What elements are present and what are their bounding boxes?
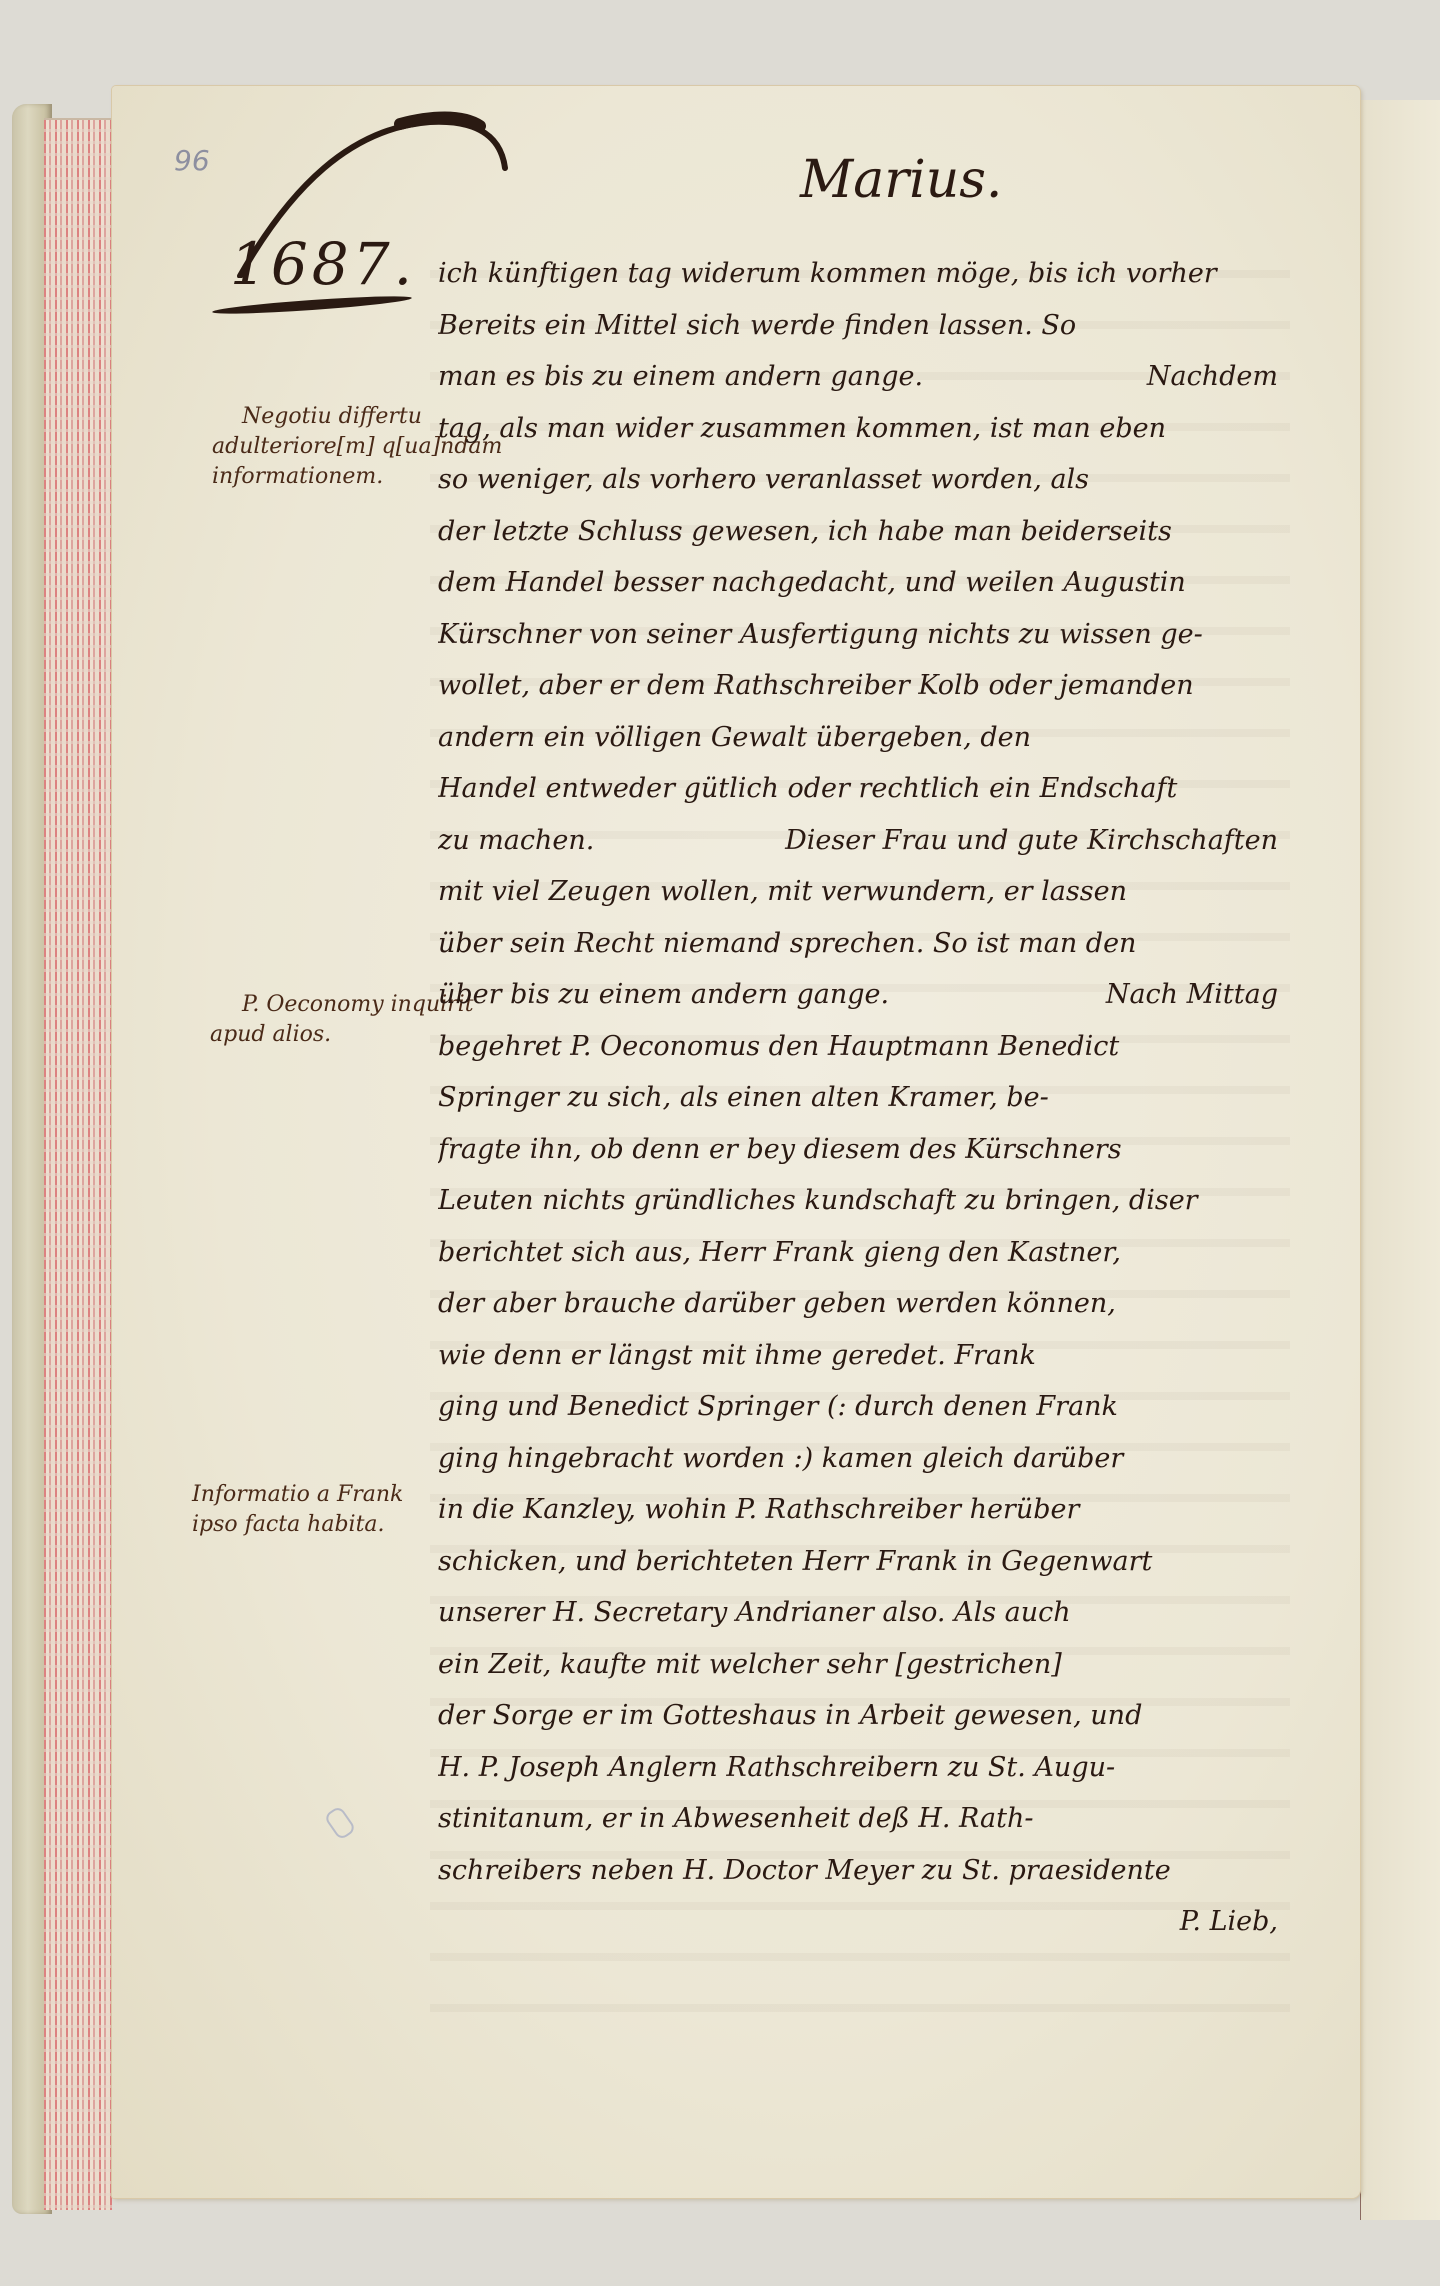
month-heading: Marius. <box>800 150 1002 210</box>
text-line: unserer H. Secretary Andrianer also. Als… <box>438 1587 1278 1639</box>
text-line: berichtet sich aus, Herr Frank gieng den… <box>438 1227 1278 1279</box>
margin-note: P. Oeconomy inquirit apud alios. <box>210 990 474 1050</box>
text-line: der aber brauche darüber geben werden kö… <box>438 1278 1278 1330</box>
margin-note-line: Informatio a Frank <box>192 1480 403 1510</box>
text-line: begehret P. Oeconomus den Hauptmann Bene… <box>438 1021 1278 1073</box>
text-line: schicken, und berichteten Herr Frank in … <box>438 1536 1278 1588</box>
signature-line: P. Lieb, <box>438 1896 1278 1948</box>
text-line: mit viel Zeugen wollen, mit verwundern, … <box>438 866 1278 918</box>
text-line: Springer zu sich, als einen alten Kramer… <box>438 1072 1278 1124</box>
text-line: ich künftigen tag widerum kommen möge, b… <box>438 248 1278 300</box>
text-line: der Sorge er im Gotteshaus in Arbeit gew… <box>438 1690 1278 1742</box>
text-line: über bis zu einem andern gange.Nach Mitt… <box>438 969 1278 1021</box>
manuscript-body: ich künftigen tag widerum kommen möge, b… <box>438 248 1278 1948</box>
text-line: so weniger, als vorhero veranlasset word… <box>438 454 1278 506</box>
text-line: stinitanum, er in Abwesenheit deß H. Rat… <box>438 1793 1278 1845</box>
text-line: tag, als man wider zusammen kommen, ist … <box>438 403 1278 455</box>
text-line: ein Zeit, kaufte mit welcher sehr [gestr… <box>438 1639 1278 1691</box>
text-line: dem Handel besser nachgedacht, und weile… <box>438 557 1278 609</box>
text-line: ging hingebracht worden :) kamen gleich … <box>438 1433 1278 1485</box>
entry-year: 1687. <box>230 230 416 298</box>
text-line: zu machen.Dieser Frau und gute Kirchscha… <box>438 815 1278 867</box>
text-line: schreibers neben H. Doctor Meyer zu St. … <box>438 1845 1278 1897</box>
text-line: H. P. Joseph Anglern Rathschreibern zu S… <box>438 1742 1278 1794</box>
text-line: über sein Recht niemand sprechen. So ist… <box>438 918 1278 970</box>
text-line: fragte ihn, ob denn er bey diesem des Kü… <box>438 1124 1278 1176</box>
text-line: andern ein völligen Gewalt übergeben, de… <box>438 712 1278 764</box>
margin-note-line: apud alios. <box>210 1020 474 1050</box>
text-line: man es bis zu einem andern gange.Nachdem <box>438 351 1278 403</box>
margin-note-line: P. Oeconomy inquirit <box>210 990 474 1020</box>
text-line: Handel entweder gütlich oder rechtlich e… <box>438 763 1278 815</box>
next-page-edge <box>1360 100 1440 2220</box>
text-line: wollet, aber er dem Rathschreiber Kolb o… <box>438 660 1278 712</box>
red-page-edges <box>44 118 112 2210</box>
text-line: wie denn er längst mit ihme geredet. Fra… <box>438 1330 1278 1382</box>
margin-note-line: ipso facta habita. <box>192 1510 403 1540</box>
text-line: ging und Benedict Springer (: durch dene… <box>438 1381 1278 1433</box>
text-line: Leuten nichts gründliches kundschaft zu … <box>438 1175 1278 1227</box>
text-line: in die Kanzley, wohin P. Rathschreiber h… <box>438 1484 1278 1536</box>
margin-note: Informatio a Frank ipso facta habita. <box>192 1480 403 1540</box>
text-line: Bereits ein Mittel sich werde finden las… <box>438 300 1278 352</box>
text-line: Kürschner von seiner Ausfertigung nichts… <box>438 609 1278 661</box>
text-line: der letzte Schluss gewesen, ich habe man… <box>438 506 1278 558</box>
